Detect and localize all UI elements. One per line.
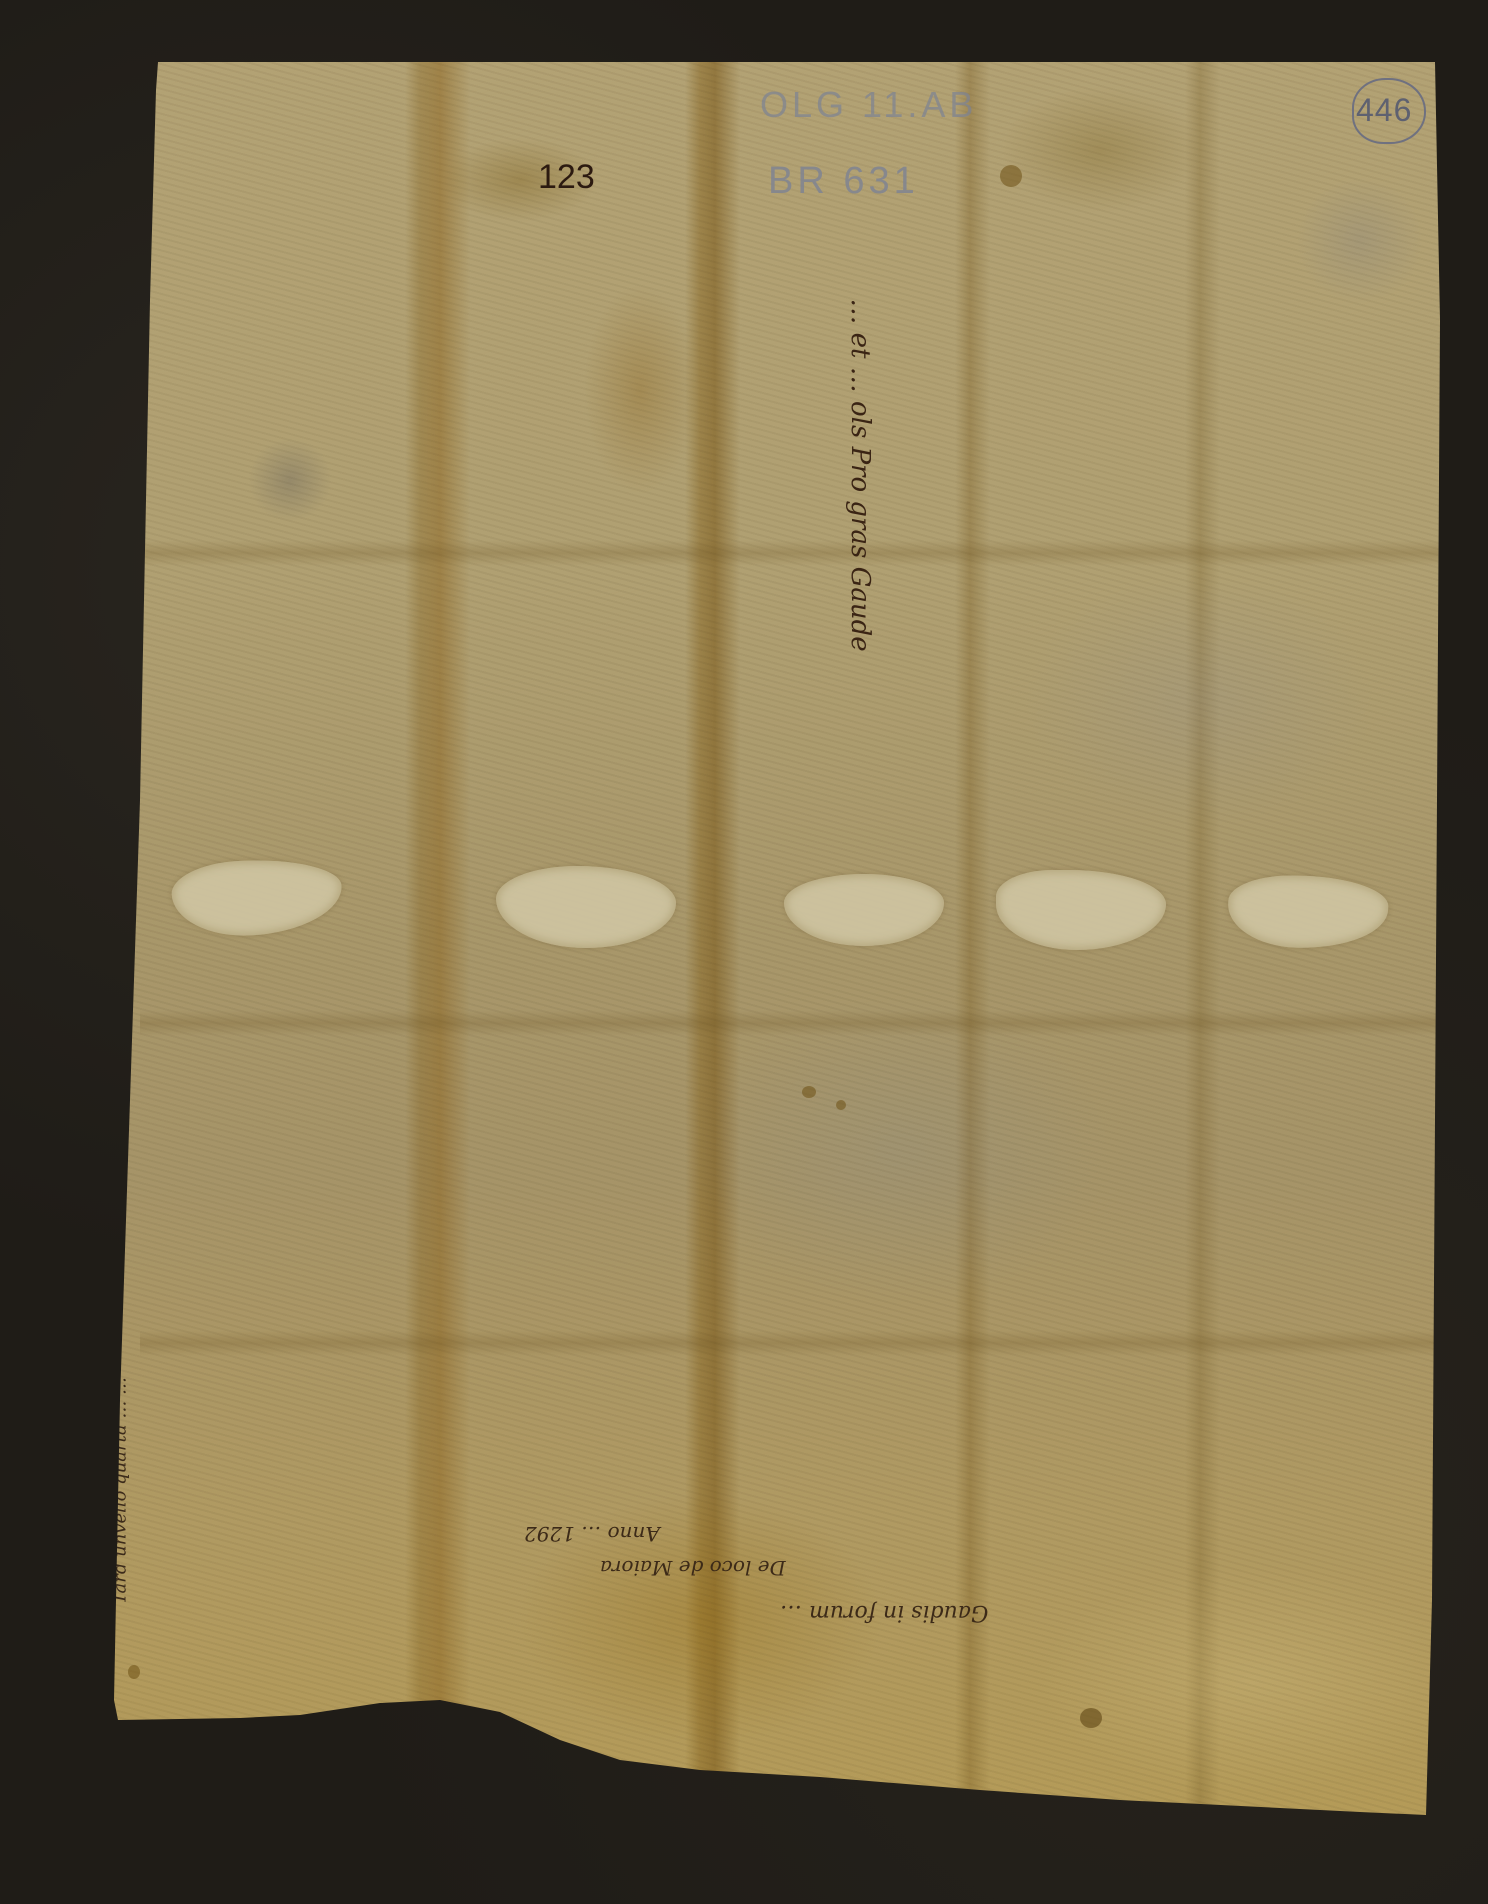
bottom-note-line3: Gaudis in forum … <box>780 1600 988 1625</box>
bottom-note-line1: De loco de Maiora <box>600 1556 786 1580</box>
horizontal-fold-line <box>140 1330 1440 1356</box>
pencil-shelfmark-line2: BR 631 <box>768 160 919 203</box>
top-number: 123 <box>538 158 595 197</box>
stain <box>1080 1708 1102 1728</box>
horizontal-fold-line <box>140 540 1440 566</box>
stain <box>1000 165 1022 187</box>
parchment-sheet: 123 OLG 11.AB BR 631 446 … et … ols Pro … <box>0 0 1488 1904</box>
pencil-shelfmark-line1: OLG 11.AB <box>760 84 977 126</box>
folio-number: 446 <box>1356 92 1412 129</box>
stain <box>128 1665 140 1679</box>
stain <box>836 1100 846 1110</box>
parchment-grain <box>0 0 1488 1904</box>
vertical-inscription: … et … ols Pro gras Gaude <box>845 235 875 715</box>
bottom-note-line2: Anno … 1292 <box>524 1522 660 1546</box>
stain <box>802 1086 816 1098</box>
horizontal-fold-line <box>140 1010 1440 1036</box>
